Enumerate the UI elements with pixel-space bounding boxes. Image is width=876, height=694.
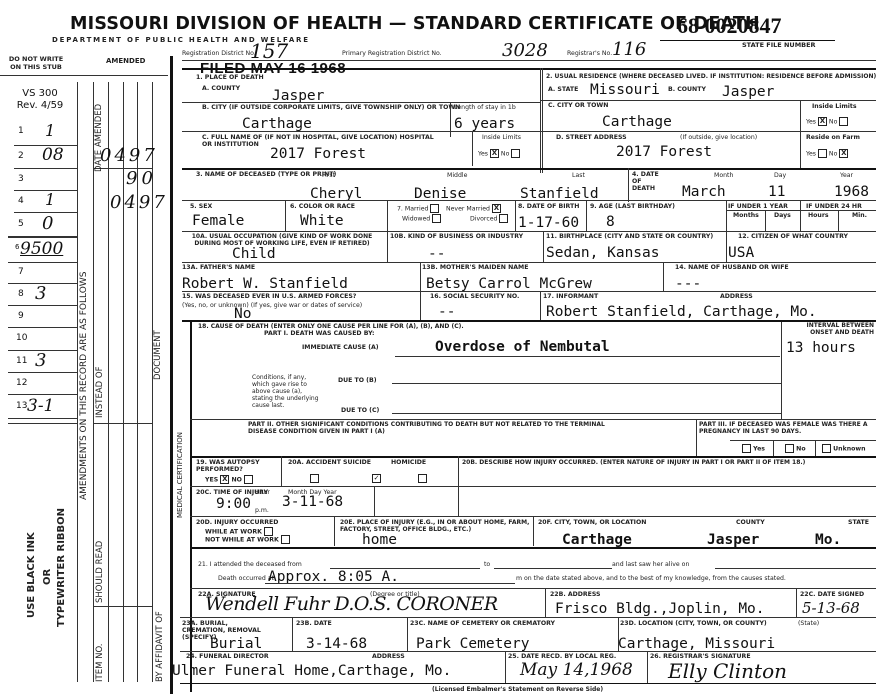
autopsy-checkbox[interactable]: YES X NO bbox=[205, 475, 253, 484]
stub-item-no: 5 bbox=[18, 219, 24, 229]
hospital-value: 2017 Forest bbox=[270, 146, 366, 162]
res-inside-limits-label: Inside Limits bbox=[812, 103, 857, 110]
certificate-title: MISSOURI DIVISION OF HEALTH — STANDARD C… bbox=[70, 14, 760, 34]
date-of-death-label: 4. DATE OF DEATH bbox=[632, 171, 662, 192]
birthplace-value: Sedan, Kansas bbox=[546, 245, 660, 261]
injury-county-label: COUNTY bbox=[736, 519, 765, 526]
registrars-no-value: 116 bbox=[612, 39, 646, 60]
date-amended-label: DATE AMENDED bbox=[94, 104, 104, 172]
days-label: Days bbox=[774, 212, 791, 219]
state-file-number-label: STATE FILE NUMBER bbox=[742, 42, 816, 49]
cemetery-value: Park Cemetery bbox=[416, 636, 530, 652]
date-recd-value: May 14,1968 bbox=[520, 660, 633, 680]
death-day: 11 bbox=[768, 184, 785, 200]
last-label: Last bbox=[572, 172, 585, 179]
dob-value: 1-17-60 bbox=[518, 215, 579, 231]
suicide-label: SUICIDE bbox=[343, 459, 371, 466]
funeral-director-value: Ulmer Funeral Home,Carthage, Mo. bbox=[172, 663, 451, 679]
cause-label: 18. CAUSE OF DEATH (Enter only one cause… bbox=[198, 323, 464, 330]
married-checkbox[interactable]: 7. Married bbox=[397, 204, 439, 213]
funeral-director-label: 24. FUNERAL DIRECTOR bbox=[186, 653, 269, 660]
primary-district-value: 3028 bbox=[502, 40, 548, 61]
medical-certification-label: MEDICAL CERTIFICATION bbox=[176, 432, 184, 518]
injury-time: 9:00 bbox=[216, 496, 251, 512]
homicide-label: HOMICIDE bbox=[391, 459, 426, 466]
father-label: 13a. FATHER'S NAME bbox=[182, 264, 255, 271]
usual-residence-label: 2. USUAL RESIDENCE (Where deceased lived… bbox=[546, 73, 876, 80]
part1-label: PART I. DEATH WAS CAUSED BY: bbox=[264, 330, 375, 337]
burial-date-label: 23b. DATE bbox=[296, 620, 332, 627]
registrars-no-label: Registrar's No. bbox=[567, 50, 612, 57]
part2-label: PART II. OTHER SIGNIFICANT CONDITIONS CO… bbox=[248, 421, 628, 435]
first-label: First bbox=[322, 172, 335, 179]
primary-district-label: Primary Registration District No. bbox=[342, 50, 442, 57]
burial-date: 3-14-68 bbox=[306, 636, 367, 652]
res-state: Missouri bbox=[590, 82, 660, 98]
date-recd-label: 25. DATE RECD. BY LOCAL REG. bbox=[508, 653, 616, 660]
cemetery-label: 23c. NAME OF CEMETERY OR CREMATORY bbox=[410, 620, 555, 627]
immediate-cause-value: Overdose of Nembutal bbox=[435, 339, 610, 355]
footer-note: (Licensed Embalmer's Statement on Revers… bbox=[432, 686, 603, 693]
stub-item-no: 4 bbox=[18, 196, 24, 206]
middle-label: Middle bbox=[447, 172, 467, 179]
stub-item-no: 7 bbox=[18, 267, 24, 277]
certifier-address-label: 22b. ADDRESS bbox=[550, 591, 601, 598]
place-of-death-label: 1. PLACE OF DEATH bbox=[196, 74, 264, 81]
industry-label: 10b. KIND OF BUSINESS OR INDUSTRY bbox=[390, 233, 523, 240]
stub-item-value: 0 bbox=[42, 213, 53, 234]
stub-item-no: 3 bbox=[18, 174, 24, 184]
farm-label: Reside on Farm bbox=[806, 134, 860, 141]
by-affidavit-label: BY AFFIDAVIT OF bbox=[155, 611, 165, 682]
injury-state-label: STATE bbox=[848, 519, 869, 526]
stub-item-no: 1 bbox=[18, 126, 24, 136]
date-amended-3: 0497 bbox=[110, 192, 168, 213]
city-label: b. CITY (If outside corporate limits, gi… bbox=[202, 104, 452, 111]
registration-district-label: Registration District No. bbox=[182, 50, 256, 57]
res-county: Jasper bbox=[722, 84, 774, 100]
citizen-value: USA bbox=[728, 245, 754, 261]
stub-item-no: 12 bbox=[16, 378, 27, 388]
due-to-b-label: DUE TO (b) bbox=[338, 377, 377, 384]
mother-label: 13b. MOTHER'S MAIDEN NAME bbox=[422, 264, 528, 271]
never-married-checkbox[interactable]: Never Married X bbox=[446, 204, 501, 213]
res-street-note: (If outside, give location) bbox=[680, 134, 757, 141]
at-work-label: 20d. INJURY OCCURRED bbox=[196, 519, 278, 526]
injury-state: Mo. bbox=[815, 532, 841, 548]
pregnancy-unknown-checkbox[interactable]: Unknown bbox=[822, 444, 865, 453]
stub-item-value: 9500 bbox=[20, 239, 63, 259]
deceased-name-label: 3. NAME OF DECEASED (Type or print) bbox=[196, 171, 336, 178]
injury-city-label: 20f. CITY, TOWN, OR LOCATION bbox=[538, 519, 646, 526]
conditions-label: Conditions, if any, which gave rise to a… bbox=[252, 374, 322, 409]
not-while-at-work-checkbox[interactable]: NOT WHILE AT WORK bbox=[205, 535, 290, 544]
homicide-checkbox[interactable] bbox=[418, 468, 427, 487]
ssn-label: 16. SOCIAL SECURITY NO. bbox=[430, 293, 519, 300]
interval-label: INTERVAL BETWEEN ONSET AND DEATH bbox=[786, 322, 874, 336]
widowed-checkbox[interactable]: Widowed bbox=[402, 214, 441, 223]
death-occurred-text: Death occurred at bbox=[218, 575, 274, 582]
hours-label: Hours bbox=[808, 212, 829, 219]
describe-injury-label: 20b. DESCRIBE HOW INJURY OCCURRED. (Ente… bbox=[462, 459, 805, 466]
death-month: March bbox=[682, 184, 726, 200]
father-value: Robert W. Stanfield bbox=[182, 276, 348, 292]
armed-forces-label: 15. WAS DECEASED EVER IN U.S. ARMED FORC… bbox=[182, 293, 356, 300]
months-label: Months bbox=[733, 212, 759, 219]
interval-value: 13 hours bbox=[786, 340, 856, 356]
armed-forces-sub: (Yes, no, or unknown) (If yes, give war … bbox=[182, 302, 362, 309]
stub-item-value: 3 bbox=[35, 283, 46, 304]
stub-item-value: 1 bbox=[45, 121, 55, 140]
month-label: Month bbox=[714, 172, 733, 179]
certifier-signature: Wendell Fuhr D.O.S. CORONER bbox=[205, 593, 498, 615]
stub-item-value: 08 bbox=[42, 145, 64, 165]
age-label: 9. AGE (last birthday) bbox=[590, 203, 675, 210]
should-read-label: SHOULD READ bbox=[95, 541, 105, 603]
stub-item-value: 3-1 bbox=[27, 396, 54, 416]
divorced-checkbox[interactable]: Divorced bbox=[470, 214, 508, 223]
informant-label: 17. INFORMANT bbox=[543, 293, 598, 300]
injury-city: Carthage bbox=[562, 532, 632, 548]
pregnancy-yes-checkbox[interactable]: Yes bbox=[742, 444, 765, 453]
death-city: Carthage bbox=[242, 116, 312, 132]
stub-item-no: 6 bbox=[15, 243, 19, 251]
date-signed-label: 22c. DATE SIGNED bbox=[800, 591, 864, 598]
injury-county: Jasper bbox=[707, 532, 759, 548]
document-label: DOCUMENT bbox=[153, 330, 163, 380]
stub-do-not-write: DO NOT WRITE ON THIS STUB bbox=[8, 55, 64, 71]
date-amended-2: 90 bbox=[126, 168, 157, 189]
location-value: Carthage, Missouri bbox=[618, 636, 775, 652]
last-saw-text: and last saw her alive on bbox=[612, 561, 689, 568]
age-value: 8 bbox=[606, 214, 615, 230]
occupation-value: Child bbox=[232, 246, 276, 262]
stub-amended-label: AMENDED bbox=[106, 58, 145, 65]
stub-item-no: 13 bbox=[16, 401, 27, 411]
part3-label: PART III. If deceased was female was the… bbox=[699, 421, 875, 435]
ink-notice-line1: USE BLACK INK bbox=[26, 532, 37, 618]
pregnancy-no-checkbox[interactable]: No bbox=[785, 444, 806, 453]
due-to-c-label: DUE TO (c) bbox=[341, 407, 379, 414]
place-of-injury: home bbox=[362, 532, 397, 548]
length-of-stay-label: Length of stay in 1b bbox=[454, 104, 516, 111]
ssn-value: -- bbox=[438, 304, 455, 320]
death-occurred-suffix: m on the date stated above, and to the b… bbox=[516, 575, 786, 582]
place-of-injury-label: 20e. PLACE OF INJURY (e.g., in or about … bbox=[340, 519, 530, 533]
stub-item-no: 9 bbox=[18, 311, 24, 321]
race-value: White bbox=[300, 213, 344, 229]
date-amended-1: 0497 bbox=[100, 145, 158, 166]
hour-label: Hour bbox=[255, 489, 270, 496]
stub-item-no: 8 bbox=[18, 289, 24, 299]
autopsy-label: 19. WAS AUTOPSY PERFORMED? bbox=[196, 459, 276, 473]
death-year: 1968 bbox=[834, 184, 869, 200]
form-revision: Rev. 4/59 bbox=[12, 100, 68, 111]
location-state-label: (State) bbox=[798, 620, 819, 627]
ink-notice-line3: TYPEWRITER RIBBON bbox=[56, 508, 67, 627]
inside-limits-yes-checkbox[interactable]: Yes X No bbox=[478, 149, 520, 158]
under-1-year-label: IF UNDER 1 YEAR bbox=[728, 203, 788, 210]
state-file-number: 68 0020847 bbox=[677, 13, 782, 39]
injury-date: 3-11-68 bbox=[282, 494, 343, 510]
location-label: 23d. LOCATION (City, town, or county) bbox=[620, 620, 767, 627]
funeral-address-label: ADDRESS bbox=[372, 653, 405, 660]
industry-value: -- bbox=[428, 246, 445, 262]
informant-address-label: Address bbox=[720, 293, 753, 300]
burial-value: Burial bbox=[210, 636, 262, 652]
citizen-label: 12. CITIZEN OF WHAT COUNTRY bbox=[738, 233, 848, 240]
res-state-label: a. STATE bbox=[548, 86, 578, 93]
length-of-stay: 6 years bbox=[454, 116, 515, 132]
res-street-label: d. STREET ADDRESS bbox=[556, 134, 627, 141]
inside-limits-label: Inside Limits bbox=[482, 134, 521, 141]
birthplace-label: 11. BIRTHPLACE (City and state or countr… bbox=[546, 233, 713, 240]
form-number: VS 300 bbox=[18, 88, 62, 99]
res-county-label: b. COUNTY bbox=[668, 86, 706, 93]
certifier-address: Frisco Bldg.,Joplin, Mo. bbox=[555, 601, 765, 617]
sex-label: 5. SEX bbox=[190, 203, 212, 210]
spouse-value: --- bbox=[675, 276, 701, 292]
attended-text: 21. I attended the deceased from bbox=[198, 561, 302, 568]
immediate-cause-label: IMMEDIATE CAUSE (a) bbox=[302, 344, 379, 351]
year-label: Year bbox=[840, 172, 853, 179]
farm-checkbox[interactable]: Yes No X bbox=[806, 149, 848, 158]
item-no-label: ITEM NO. bbox=[95, 643, 105, 682]
accident-label: 20a. ACCIDENT bbox=[288, 459, 341, 466]
dob-label: 8. DATE OF BIRTH bbox=[518, 203, 579, 210]
stub-item-no: 10 bbox=[16, 333, 27, 343]
res-street: 2017 Forest bbox=[616, 144, 712, 160]
attended-to-text: to bbox=[484, 561, 490, 568]
res-city-label: c. CITY OR TOWN bbox=[548, 102, 608, 109]
under-24-hr-label: IF UNDER 24 HR bbox=[806, 203, 862, 210]
occupation-label: 10a. USUAL OCCUPATION (Give kind of work… bbox=[184, 233, 380, 247]
date-signed: 5-13-68 bbox=[802, 599, 860, 617]
suicide-checkbox[interactable]: ✓ bbox=[372, 468, 381, 487]
instead-of-label: INSTEAD OF bbox=[95, 367, 105, 418]
mother-value: Betsy Carrol McGrew bbox=[426, 276, 592, 292]
day-label: Day bbox=[774, 172, 786, 179]
stub-item-no: 2 bbox=[18, 151, 24, 161]
informant-value: Robert Stanfield, Carthage, Mo. bbox=[546, 304, 817, 320]
accident-checkbox[interactable] bbox=[310, 468, 319, 487]
sex-value: Female bbox=[192, 213, 244, 229]
stub-item-value: 3 bbox=[35, 350, 46, 371]
res-city: Carthage bbox=[602, 114, 672, 130]
amendments-label: AMENDMENTS ON THIS RECORD ARE AS FOLLOWS bbox=[79, 272, 89, 500]
pm-label: p.m. bbox=[255, 507, 269, 514]
min-label: Min. bbox=[852, 212, 867, 219]
stub-item-no: 11 bbox=[16, 356, 27, 366]
race-label: 6. COLOR OR RACE bbox=[290, 203, 355, 210]
spouse-label: 14. NAME OF HUSBAND OR WIFE bbox=[675, 264, 789, 271]
registrar-signature: Elly Clinton bbox=[668, 659, 787, 683]
ink-notice-line2: OR bbox=[42, 569, 53, 585]
res-inside-limits-checkbox[interactable]: Yes X No bbox=[806, 117, 848, 126]
stub-item-value: 1 bbox=[45, 190, 55, 209]
county-label: a. COUNTY bbox=[202, 85, 240, 92]
